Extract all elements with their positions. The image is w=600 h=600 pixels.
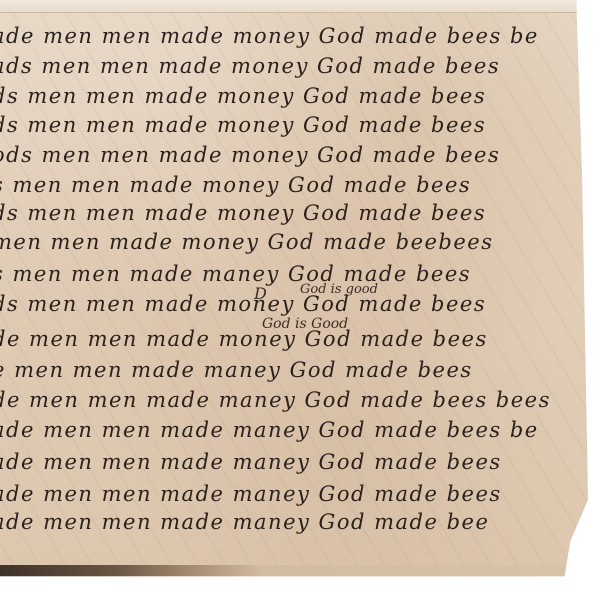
handwriting-line: ds men men made money God made bees xyxy=(0,84,486,108)
handwriting-line: s men men made maney God made bees xyxy=(0,262,471,286)
handwriting-line: de men men made maney God made bees bees xyxy=(0,388,551,412)
handwriting-line: de men men made money God made bees xyxy=(0,327,488,351)
handwriting-line: men men made money God made beebees xyxy=(0,230,494,254)
handwriting-line: e men men made maney God made bees xyxy=(0,358,473,382)
handwriting-line: ads men men made money God made bees xyxy=(0,54,500,78)
annotation-god-is-good: God is good xyxy=(300,282,378,297)
handwriting-line: ods men men made money God made bees xyxy=(0,143,500,167)
handwriting-line: ds men men made money God made bees xyxy=(0,113,486,137)
handwriting-line: ds men men made money God made bees xyxy=(0,292,486,316)
handwriting-line: ade men men made maney God made bees xyxy=(0,482,502,506)
handwriting-line: ds men men made money God made bees xyxy=(0,201,486,225)
handwriting-line: ade men men made money God made bees be xyxy=(0,24,539,48)
handwriting-line: ade men men made maney God made bee xyxy=(0,510,489,534)
paper-page: ade men men made money God made bees be … xyxy=(0,0,588,588)
annotation-god-is-good-2: God is Good xyxy=(262,316,348,332)
handwriting-line: ade men men made maney God made bees be xyxy=(0,418,539,442)
annotation-letter: D xyxy=(254,284,267,303)
stained-bottom-edge xyxy=(0,565,580,585)
handwriting-line: s men men made money God made bees xyxy=(0,173,471,197)
top-fold-edge xyxy=(0,0,588,13)
handwriting-line: ade men men made maney God made bees xyxy=(0,450,502,474)
